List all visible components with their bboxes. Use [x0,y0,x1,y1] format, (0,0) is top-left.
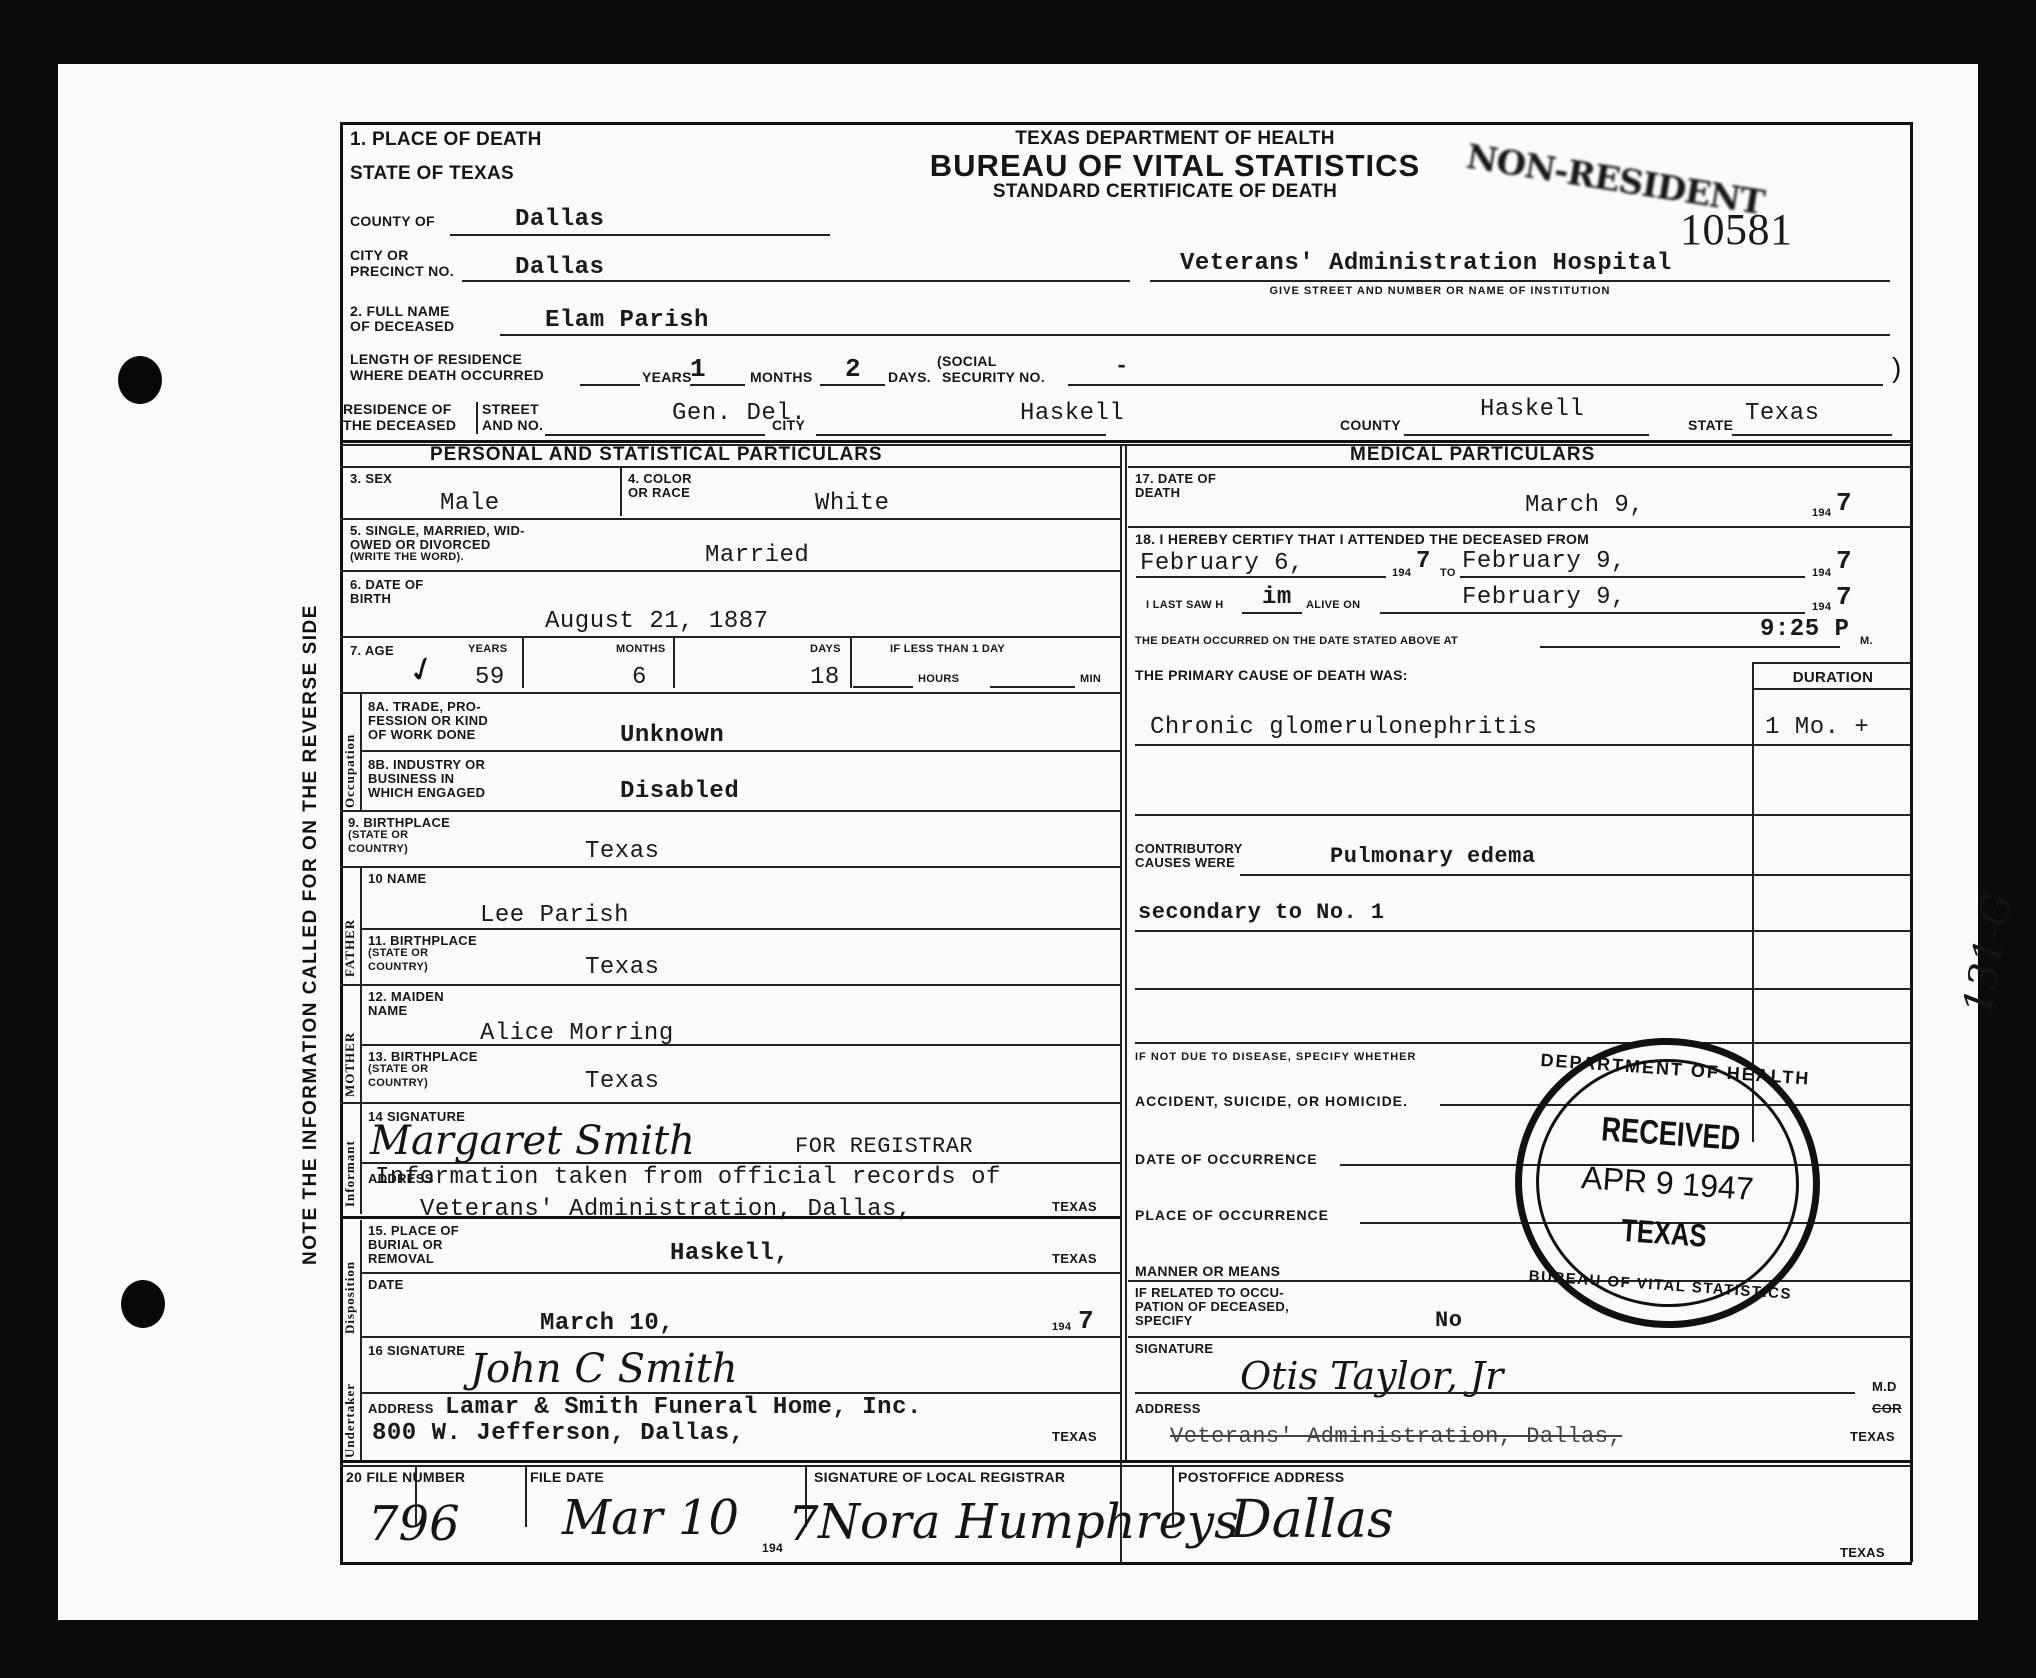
date-of-death: March 9, [1525,492,1644,519]
mother-birthplace: Texas [585,1068,660,1095]
time-of-death: 9:25 P [1760,616,1849,643]
informant-side-label: Informant [342,1140,358,1207]
contributory-cause-2: secondary to No. 1 [1138,900,1385,925]
death-certificate-form: 1. PLACE OF DEATH STATE OF TEXAS TEXAS D… [340,122,1912,1562]
certificate-title: STANDARD CERTIFICATE OF DEATH [845,182,1485,202]
occupation-related-value: No [1435,1308,1462,1333]
undertaker-address-line-2: 800 W. Jefferson, Dallas, [372,1420,745,1447]
undertaker-address-line-1: Lamar & Smith Funeral Home, Inc. [445,1394,922,1421]
residence-state: Texas [1745,400,1820,427]
certify-statement: 18. I HEREBY CERTIFY THAT I ATTENDED THE… [1135,532,1589,547]
undertaker-signature: John C Smith [470,1346,738,1392]
father-side-label: FATHER [342,919,358,977]
dept-title: TEXAS DEPARTMENT OF HEALTH [895,129,1455,149]
primary-cause: Chronic glomerulonephritis [1150,714,1537,741]
medical-section-title: MEDICAL PARTICULARS [1350,445,1595,465]
age-days: 18 [810,664,840,691]
punch-hole-bottom [121,1280,165,1328]
race-value: White [815,490,890,517]
last-saw-date: February 9, [1462,584,1626,611]
burial-date: March 10, [540,1310,674,1337]
certificate-number: 10581 [1680,204,1793,255]
age-years: 59 [475,664,505,691]
place-of-death-label: 1. PLACE OF DEATH [350,130,542,150]
burial-place: Haskell, [670,1240,789,1267]
dob-value: August 21, 1887 [545,608,769,635]
disposition-side-label: Disposition [342,1261,358,1334]
personal-section-title: PERSONAL AND STATISTICAL PARTICULARS [430,445,883,465]
duration-header: DURATION [1758,670,1908,686]
industry-value: Disabled [620,778,739,805]
residence-city: Haskell [1020,400,1124,427]
postoffice-value: Dallas [1230,1490,1394,1550]
reverse-side-note: NOTE THE INFORMATION CALLED FOR ON THE R… [300,604,322,1265]
informant-signature: Margaret Smith [370,1118,695,1164]
for-registrar: FOR REGISTRAR [795,1134,973,1159]
state-label: STATE OF TEXAS [350,164,514,184]
institution-caption: GIVE STREET AND NUMBER OR NAME OF INSTIT… [1190,286,1690,298]
punch-hole-top [118,356,162,404]
institution-value: Veterans' Administration Hospital [1180,250,1672,277]
mother-side-label: MOTHER [342,1032,358,1097]
age-months: 6 [632,664,647,691]
occupation-side-label: Occupation [342,734,358,808]
informant-address-line-1: Information taken from official records … [375,1164,1001,1191]
registrar-signature: Nora Humphreys [818,1494,1239,1550]
file-date: Mar 10 [562,1490,739,1546]
birthplace-value: Texas [585,838,660,865]
residence-years: 1 [690,354,706,384]
sex-value: Male [440,490,500,517]
residence-months: 2 [845,354,861,384]
bureau-title: BUREAU OF VITAL STATISTICS [825,150,1525,183]
checkmark-icon: ✓ [402,646,442,693]
contributory-cause-1: Pulmonary edema [1330,844,1536,869]
city-value: Dallas [515,254,604,281]
father-birthplace: Texas [585,954,660,981]
deceased-name: Elam Parish [545,307,709,334]
trade-value: Unknown [620,722,724,749]
physician-address: Veterans' Administration, Dallas, [1170,1424,1622,1449]
mother-name: Alice Morring [480,1020,674,1047]
attended-from: February 6, [1140,550,1304,577]
last-saw-pronoun: im [1262,584,1292,611]
undertaker-side-label: Undertaker [342,1383,358,1458]
county-label: COUNTY OF [350,214,435,229]
attended-to: February 9, [1462,548,1626,575]
father-name: Lee Parish [480,902,629,929]
primary-duration: 1 Mo. + [1765,714,1869,741]
residence-county: Haskell [1480,396,1584,423]
ssn-value: - [1115,354,1129,379]
marital-value: Married [705,542,809,569]
county-value: Dallas [515,206,604,233]
file-number: 796 [368,1496,460,1552]
